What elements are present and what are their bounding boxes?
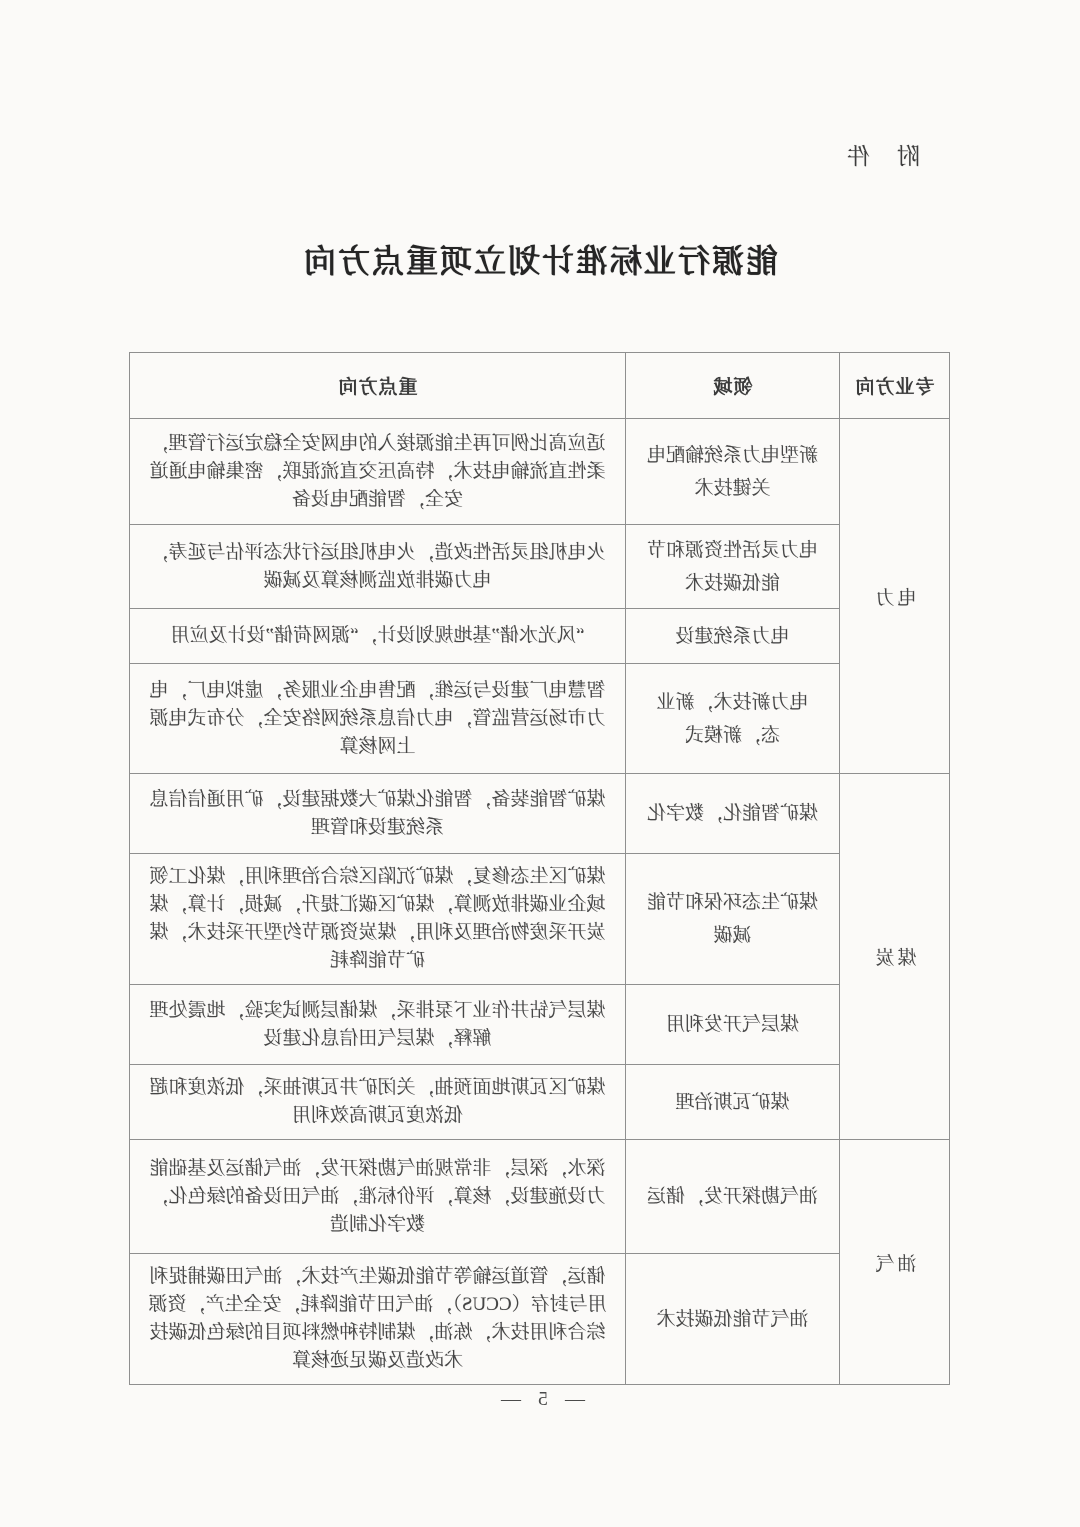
focus-cell: 煤层气钻井作业下泵排采，煤储层测试实验，地震处理解释，煤层气田信息化建设: [130, 985, 626, 1065]
focus-cell: 深水，深层，非常规油气勘探开发，油气储运及基础能力设施建设，核算，评价标准，油气…: [130, 1140, 626, 1254]
category-electric-power: 电力: [840, 419, 950, 774]
focus-cell: 储运，管道运输等节能低碳生产技术，油气田碳捕捉利用与封存（CCUS），油气田节能…: [130, 1254, 626, 1385]
field-cell: 电力灵活性资源和节能低碳技术: [626, 525, 840, 609]
document-title: 能源行业标准计划立项重点方向: [0, 236, 1080, 282]
focus-cell: 煤矿区瓦斯地面预抽，关闭矿井瓦斯抽采，低浓度和超低浓度瓦斯高效利用: [130, 1065, 626, 1140]
field-cell: 油气节能低碳技术: [626, 1254, 840, 1385]
header-focus: 重点方向: [130, 353, 626, 419]
header-field: 领域: [626, 353, 840, 419]
field-cell: 电力系统建设: [626, 609, 840, 664]
table-row: 煤层气开发利用 煤层气钻井作业下泵排采，煤储层测试实验，地震处理解释，煤层气田信…: [130, 985, 950, 1065]
page-number: — 5 —: [0, 1388, 1080, 1411]
table-row: 电力新技术，新业态，新模式 智慧电厂建设与运维，配售电企业服务，虚拟电厂，电力市…: [130, 664, 950, 774]
field-cell: 新型电力系统输配电关键技术: [626, 419, 840, 525]
focus-cell: “风光水储”基地规划设计，“源网荷储”设计及应用: [130, 609, 626, 664]
table-row: 煤矿生态环保和节能减碳 煤矿区生态修复，煤矿沉陷区综合治理利用，煤化工领域企业碳…: [130, 854, 950, 985]
focus-cell: 煤矿区生态修复，煤矿沉陷区综合治理利用，煤化工领域企业碳排放测算，煤矿区碳汇提升…: [130, 854, 626, 985]
table-row: 煤矿瓦斯治理 煤矿区瓦斯地面预抽，关闭矿井瓦斯抽采，低浓度和超低浓度瓦斯高效利用: [130, 1065, 950, 1140]
field-cell: 电力新技术，新业态，新模式: [626, 664, 840, 774]
field-cell: 煤矿瓦斯治理: [626, 1065, 840, 1140]
focus-cell: 火电机组灵活性改造，火电机组运行状态评估与延寿，电力碳排放监测核算及减碳: [130, 525, 626, 609]
field-cell: 煤矿生态环保和节能减碳: [626, 854, 840, 985]
focus-cell: 适应高比例可再生能源接入的电网安全稳定运行管理，柔性直流输电技术，特高压交直流混…: [130, 419, 626, 525]
table-row: 电力 新型电力系统输配电关键技术 适应高比例可再生能源接入的电网安全稳定运行管理…: [130, 419, 950, 525]
attachment-label: 附 件: [845, 138, 920, 171]
key-directions-table: 专业方向 领域 重点方向 电力 新型电力系统输配电关键技术 适应高比例可再生能源…: [129, 352, 950, 1385]
header-category: 专业方向: [840, 353, 950, 419]
table-header-row: 专业方向 领域 重点方向: [130, 353, 950, 419]
table-row: 电力灵活性资源和节能低碳技术 火电机组灵活性改造，火电机组运行状态评估与延寿，电…: [130, 525, 950, 609]
field-cell: 油气勘探开发，储运: [626, 1140, 840, 1254]
category-oil-gas: 油气: [840, 1140, 950, 1385]
scanned-document-page: 附 件 能源行业标准计划立项重点方向 专业方向 领域 重点方向 电力 新型电力系…: [0, 0, 1080, 1527]
table-row: 煤炭 煤矿智能化，数字化 煤矿智能装备，智能化煤矿大数据建设，矿用通信信息系统建…: [130, 774, 950, 854]
mirrored-sheet: 附 件 能源行业标准计划立项重点方向 专业方向 领域 重点方向 电力 新型电力系…: [0, 0, 1080, 1527]
table-row: 油气 油气勘探开发，储运 深水，深层，非常规油气勘探开发，油气储运及基础能力设施…: [130, 1140, 950, 1254]
category-coal: 煤炭: [840, 774, 950, 1140]
table-row: 电力系统建设 “风光水储”基地规划设计，“源网荷储”设计及应用: [130, 609, 950, 664]
focus-cell: 煤矿智能装备，智能化煤矿大数据建设，矿用通信信息系统建设和管理: [130, 774, 626, 854]
table-row: 油气节能低碳技术 储运，管道运输等节能低碳生产技术，油气田碳捕捉利用与封存（CC…: [130, 1254, 950, 1385]
focus-cell: 智慧电厂建设与运维，配售电企业服务，虚拟电厂，电力市场运营监管，电力信息系统网络…: [130, 664, 626, 774]
field-cell: 煤层气开发利用: [626, 985, 840, 1065]
field-cell: 煤矿智能化，数字化: [626, 774, 840, 854]
